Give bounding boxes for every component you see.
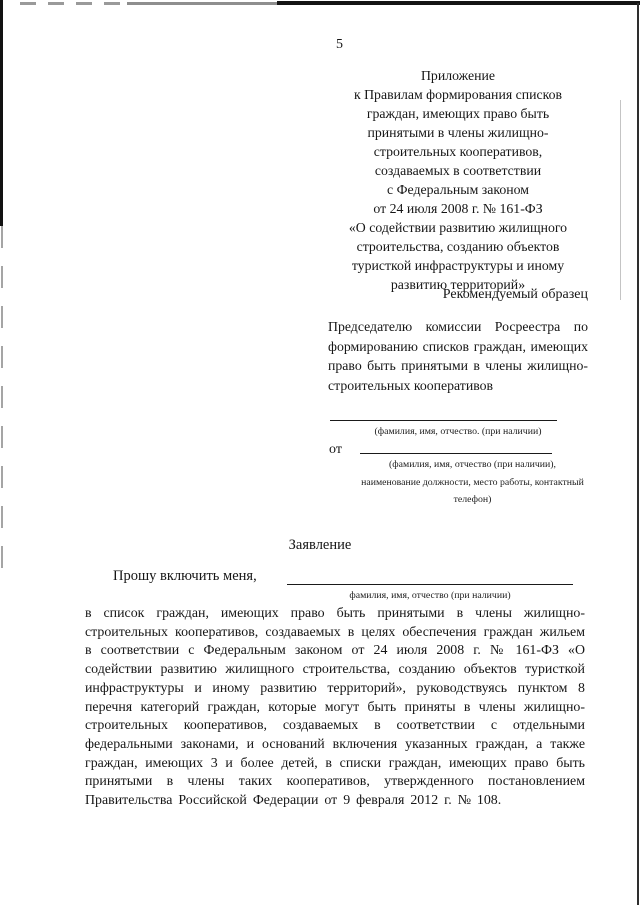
statement-name-caption: фамилия, имя, отчество (при наличии) [287, 590, 573, 602]
applicant-name-caption: (фамилия, имя, отчество. (при наличии) [328, 426, 588, 438]
from-label: от [329, 442, 342, 458]
annex-header-line: от 24 июля 2008 г. № 161-ФЗ [328, 199, 588, 218]
annex-header-line: строительных кооперативов, [328, 142, 588, 161]
annex-header-line: к Правилам формирования списков [328, 85, 588, 104]
scan-artifact-top-dashes [20, 2, 125, 5]
from-name-field-line [360, 453, 552, 454]
annex-header-line: строительства, созданию объектов [328, 237, 588, 256]
annex-header-block: Приложение к Правилам формирования списк… [328, 66, 588, 294]
recommended-sample-label: Рекомендуемый образец [328, 287, 588, 303]
statement-title: Заявление [0, 537, 640, 554]
annex-header-line: создаваемых в соответствии [328, 161, 588, 180]
applicant-name-field-line [330, 420, 557, 421]
from-caption-line-2: наименование должности, место работы, ко… [350, 477, 595, 489]
scan-artifact-top-black [277, 1, 640, 5]
scan-artifact-left-dashes [1, 226, 3, 581]
scan-artifact-inner-right-line [620, 100, 621, 300]
scan-artifact-top-gray [127, 2, 277, 5]
page-number: 5 [336, 37, 343, 53]
annex-header-line: «О содействии развитию жилищного [328, 218, 588, 237]
statement-body-text: в список граждан, имеющих право быть при… [85, 605, 585, 811]
scan-artifact-left-edge [0, 0, 3, 226]
from-caption-line-3: телефон) [355, 494, 590, 506]
annex-header-line: туристкой инфраструктуры и иному [328, 256, 588, 275]
from-caption-line-1: (фамилия, имя, отчество (при наличии), [355, 459, 590, 471]
document-page: 5 Приложение к Правилам формирования спи… [0, 0, 640, 905]
request-intro-text: Прошу включить меня, [113, 568, 257, 585]
annex-header-line: Приложение [328, 66, 588, 85]
annex-header-line: с Федеральным законом [328, 180, 588, 199]
annex-header-line: принятыми в члены жилищно- [328, 123, 588, 142]
addressee-text: Председателю комиссии Росреестра по форм… [328, 317, 588, 395]
annex-header-line: граждан, имеющих право быть [328, 104, 588, 123]
statement-name-field-line [287, 584, 573, 585]
scan-artifact-right-edge [637, 3, 639, 905]
